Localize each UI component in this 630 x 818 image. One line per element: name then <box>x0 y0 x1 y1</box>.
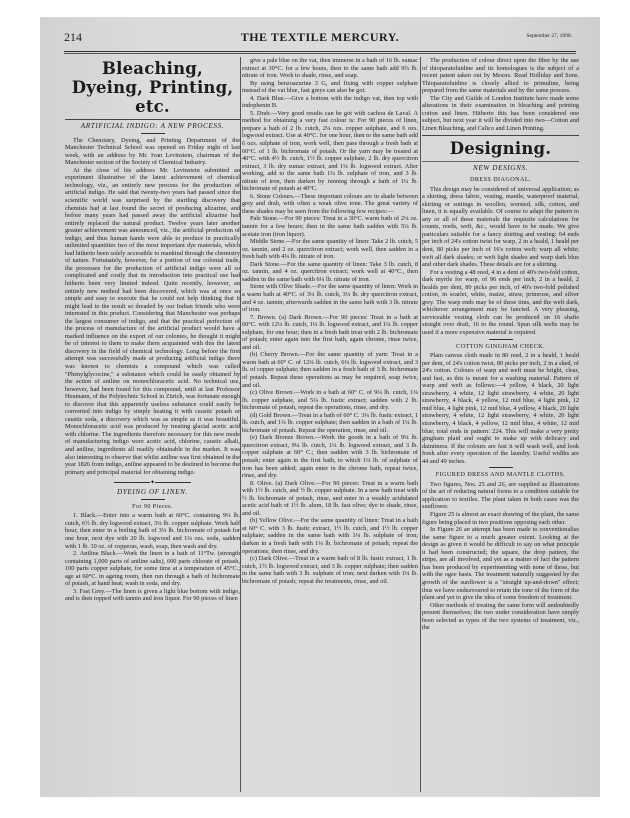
paragraph: Middle Stone.—For the same quantity of l… <box>242 238 418 261</box>
paragraph: By using benzoazurine 3 G, and fixing wi… <box>242 80 418 95</box>
header-rule-thin <box>64 53 576 54</box>
paragraph: At the close of his address Mr. Levinste… <box>65 167 240 476</box>
paragraph: Pale Stone.—For 90 pieces: Treat in a 30… <box>242 215 418 238</box>
article-body-figured-cloths: Two figures, Nos. 25 and 26, are supplie… <box>422 481 579 632</box>
paragraph: In Figure 26 an attempt has been made to… <box>422 526 579 601</box>
article-title-dyeing-linen: DYEING OF LINEN. <box>65 489 240 497</box>
heading-figured-cloths: FIGURED DRESS AND MANTLE CLOTHS. <box>422 471 579 479</box>
paragraph: Dark Stone.—For the same quantity of lin… <box>242 261 418 284</box>
paragraph: 6. Stone Colours.—These important colour… <box>242 193 418 216</box>
section-rule <box>422 161 579 162</box>
title-rule <box>141 133 165 134</box>
paragraph: 4. Dark Blue.—Give a bottom with the ind… <box>242 95 418 110</box>
column-1: Bleaching, Dyeing, Printing, etc. ARTIFI… <box>65 57 240 603</box>
article-body-gingham: Plain canvas cloth made in 80 reed, 2 in… <box>422 352 579 465</box>
section-ornament: ✦ <box>65 480 240 486</box>
publication-title: THE TEXTILE MERCURY. <box>40 30 600 45</box>
paragraph: Figure 25 is almost an exact drawing of … <box>422 511 579 526</box>
paragraph: The City and Guilds of London Institute … <box>422 95 579 133</box>
news-notes: The production of colour direct upon the… <box>422 57 579 132</box>
paragraph: (d) Gold Brown.—Treat in a bath of 60° C… <box>242 412 418 435</box>
paragraph: The Chemistry, Dyeing, and Printing Depa… <box>65 137 240 167</box>
column-divider <box>420 57 421 792</box>
section-heading-designing: Designing. <box>422 139 579 158</box>
title-rule <box>489 339 513 340</box>
paragraph: 5. Drab.—Very good results can be got wi… <box>242 110 418 193</box>
paragraph: 1. Black.—Enter into a warm bath at 60°C… <box>65 512 240 550</box>
paragraph: 3. Fast Grey.—The linen is given a light… <box>65 588 240 603</box>
paragraph: (b) Cherry Brown.—For the same quantity … <box>242 351 418 389</box>
paragraph: This design may be considered of univers… <box>422 186 579 269</box>
subheading-90-pieces: For 90 Pieces. <box>65 503 240 511</box>
newspaper-page: 214 THE TEXTILE MERCURY. September 27, 1… <box>40 17 600 797</box>
paragraph: (b) Yellow Olive.—For the same quantity … <box>242 517 418 555</box>
article-title-artificial-indigo: ARTIFICIAL INDIGO: A NEW PROCESS. <box>65 123 240 131</box>
article-body-dress-diagonal: This design may be considered of univers… <box>422 186 579 337</box>
section-heading-bleaching: Bleaching, Dyeing, Printing, etc. <box>65 59 240 116</box>
paragraph: 8. Olive. (a) Dark Olive.—For 90 pieces:… <box>242 480 418 518</box>
header-rule <box>64 51 576 52</box>
issue-date: September 27, 1890. <box>526 33 572 39</box>
paragraph: Stone with Olive Shade.—For the same qua… <box>242 283 418 313</box>
section-rule <box>422 135 579 136</box>
paragraph: Two figures, Nos. 25 and 26, are supplie… <box>422 481 579 511</box>
paragraph: give a pale blue on the vat, then immers… <box>242 57 418 80</box>
paragraph: For a vesting a 48 reed, 4 in a dent of … <box>422 269 579 337</box>
paragraph: 2. Aniline Black.—Work the linen in a ba… <box>65 550 240 588</box>
column-3: The production of colour direct upon the… <box>422 57 579 632</box>
article-body-dyeing-linen-continued: give a pale blue on the vat, then immers… <box>242 57 418 585</box>
paragraph: (c) Olive Brown.—Work in a bath at 60° C… <box>242 389 418 412</box>
paragraph: The production of colour direct upon the… <box>422 57 579 95</box>
subsection-title-new-designs: NEW DESIGNS. <box>422 165 579 173</box>
column-2: give a pale blue on the vat, then immers… <box>242 57 418 585</box>
article-body-dyeing-linen: 1. Black.—Enter into a warm bath at 60°C… <box>65 512 240 603</box>
paragraph: Plain canvas cloth made in 80 reed, 2 in… <box>422 352 579 465</box>
heading-gingham: COTTON GINGHAM CHECK. <box>422 343 579 351</box>
masthead: 214 THE TEXTILE MERCURY. September 27, 1… <box>40 17 600 45</box>
paragraph: Other methods of treating the same form … <box>422 602 579 632</box>
section-rule <box>65 119 240 120</box>
article-body-artificial-indigo: The Chemistry, Dyeing, and Printing Depa… <box>65 137 240 477</box>
title-rule <box>141 499 165 500</box>
heading-dress-diagonal: DRESS DIAGONAL. <box>422 176 579 184</box>
paragraph: (c) Dark Olive.—Treat in a warm bath of … <box>242 555 418 585</box>
paragraph: 7. Brown. (a) Dark Brown.—For 90 pieces:… <box>242 314 418 352</box>
paragraph: (e) Dark Bronze Brown.—Work the goods in… <box>242 434 418 479</box>
column-divider <box>240 57 241 792</box>
title-rule <box>489 467 513 468</box>
